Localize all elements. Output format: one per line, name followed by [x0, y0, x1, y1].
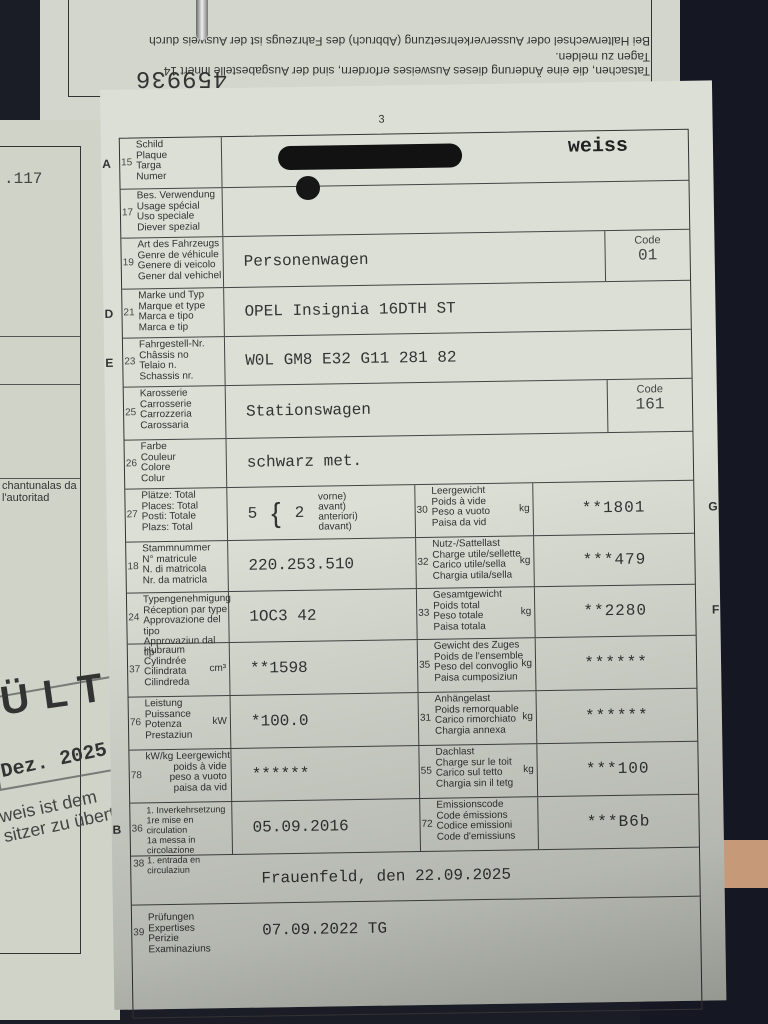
label-line: 1a messa in circolazione: [147, 834, 232, 855]
label-line: Plazs: Total: [142, 522, 227, 534]
payload-value: ***479: [534, 534, 695, 587]
label-empty-weight: 30 kg Leergewicht Poids à vide Peso a vu…: [415, 483, 534, 537]
unit-label: kg: [521, 659, 532, 670]
rules-text-2: Bei Halterwechsel oder Ausserverkehrsetz…: [130, 34, 650, 48]
field-number: 26: [126, 459, 137, 470]
field-number: 36: [132, 824, 143, 834]
vehicle-registration-card: 3 A 15 Schild Plaque Targa Numer weiss 1…: [100, 80, 726, 1009]
empty-weight-value: **1801: [533, 481, 694, 536]
punch-hole: [296, 176, 320, 200]
field-number: 35: [419, 661, 430, 672]
row-powerweight-roof: 78 kW/kg Leergewicht poids à vide peso a…: [129, 742, 698, 804]
label-line: Paisa da vid: [432, 517, 533, 529]
row-seats-weight: 27 Plätze: Total Places: Total Posti: To…: [125, 481, 694, 543]
code-label: Code: [608, 383, 692, 396]
label-line: Chargia annexa: [435, 725, 536, 737]
row-displacement-train: 37 cm³ Hubraum Cylindrée Cilindrata Cili…: [128, 636, 697, 698]
special-use-value: [223, 181, 690, 236]
label-line: Code d'emissiuns: [437, 831, 538, 843]
serial-number: 459936: [135, 64, 227, 91]
label-line: Prestaziun: [145, 730, 230, 742]
vehicle-type-value: Personenwagen: [223, 231, 605, 287]
left-divider: [0, 336, 80, 337]
label-plate: 15 Schild Plaque Targa Numer: [120, 137, 223, 189]
label-line: paisa da vid: [146, 783, 231, 795]
code-label: Code: [605, 234, 689, 247]
label-line: Gener dal vehichel: [138, 271, 223, 283]
label-line: 1re mise en circulation: [146, 814, 231, 835]
code-value: 01: [638, 246, 657, 264]
side-letter: G: [708, 499, 718, 513]
left-partial-value: .117: [4, 170, 42, 188]
seats-group: 5 { 2 vorne) avant) anteriori) davant): [247, 492, 358, 534]
row-body: 25 Karosserie Carrosserie Carrozzeria Ca…: [124, 379, 693, 441]
seats-total: 5: [248, 505, 258, 523]
label-payload: 32 kg Nutz-/Sattellast Charge utile/sell…: [416, 536, 535, 588]
registry-value: 220.253.510: [228, 538, 417, 591]
chassis-value: W0L GM8 E32 G11 281 82: [225, 330, 692, 385]
row-chassis: E 23 Fahrgestell-Nr. Châssis no Telaio n…: [123, 330, 692, 388]
body-value: Stationswagen: [226, 380, 608, 438]
field-number: 25: [125, 408, 136, 419]
section-number: 3: [378, 114, 384, 126]
label-line: 1. Inverkehrsetzung: [146, 804, 231, 815]
issue-place-date-value: Frauenfeld, den 22.09.2025: [131, 851, 511, 905]
unit-label: cm³: [209, 664, 226, 675]
label-registry: 18 Stammnummer N° matricule N. di matric…: [126, 541, 229, 593]
plate-value: weiss: [222, 130, 689, 187]
label-body: 25 Karosserie Carrosserie Carrozzeria Ca…: [124, 386, 227, 440]
field-number: 38: [133, 858, 144, 869]
label-line: Approvazione del tipo: [143, 615, 228, 637]
color-value: schwarz met.: [226, 432, 693, 487]
label-power-weight: 78 kW/kg Leergewicht poids à vide peso a…: [129, 749, 232, 803]
label-line: Chargia sin il tetg: [436, 778, 537, 790]
row-vehicle-type: 19 Art des Fahrzeugs Genre de véhicule G…: [121, 230, 690, 290]
left-divider: [0, 384, 80, 385]
unit-label: kg: [521, 607, 532, 618]
field-number: 72: [422, 820, 433, 831]
left-divider: [0, 478, 80, 479]
label-displacement: 37 cm³ Hubraum Cylindrée Cilindrata Cili…: [128, 643, 231, 697]
roof-load-value: ***100: [537, 742, 698, 797]
field-number: 27: [127, 510, 138, 521]
label-inspections: 39 Prüfungen Expertises Perizie Examinaz…: [132, 910, 235, 958]
label-line: Paisa cumposiziun: [434, 672, 535, 684]
label-line: Cilindreda: [144, 677, 229, 689]
side-letter: E: [105, 356, 113, 370]
label-special-use: 17 Bes. Verwendung Usage spécial Uso spe…: [121, 188, 224, 238]
label-line: Diever spezial: [137, 222, 222, 234]
label-first-registration: 36 1. Inverkehrsetzung 1re mise en circu…: [130, 802, 233, 856]
field-number: 37: [129, 665, 140, 676]
code-value: 161: [635, 395, 664, 413]
unit-label: kg: [520, 556, 531, 567]
row-color: 26 Farbe Couleur Colore Colur schwarz me…: [125, 432, 694, 490]
unit-label: kg: [522, 712, 533, 723]
label-line: davant): [318, 522, 358, 533]
field-number: 19: [123, 258, 134, 269]
field-number: 32: [417, 558, 428, 569]
label-chassis: 23 Fahrgestell-Nr. Châssis no Telaio n. …: [123, 337, 226, 387]
field-number: 18: [127, 562, 138, 573]
label-line: Nr. da matricla: [143, 575, 228, 587]
seats-value: 5 { 2 vorne) avant) anteriori) davant): [227, 485, 416, 540]
label-vehicle-type: 19 Art des Fahrzeugs Genre de véhicule G…: [121, 237, 224, 289]
label-line: Marca e tip: [139, 322, 224, 334]
left-partial-text: chantunalas da l'autoritad: [2, 480, 80, 504]
displacement-value: **1598: [230, 640, 419, 695]
inspections-value: 07.09.2022 TG: [234, 915, 700, 940]
registration-grid: A 15 Schild Plaque Targa Numer weiss 17 …: [119, 129, 703, 1019]
label-line: Colur: [141, 473, 226, 485]
emission-code-value: ***B6b: [538, 795, 699, 850]
field-number: 23: [124, 357, 135, 368]
label-line: Examinaziuns: [148, 943, 234, 955]
make-model-value: OPEL Insignia 16DTH ST: [224, 281, 691, 336]
power-weight-value: ******: [231, 746, 420, 801]
unit-label: kg: [519, 504, 530, 515]
row-power-trailer: 76 kW Leistung Puissance Potenza Prestaz…: [129, 689, 698, 751]
row-registration-emission: B 36 1. Inverkehrsetzung 1re mise en cir…: [130, 795, 699, 857]
label-roof-load: 55 kg Dachlast Charge sur le toit Carico…: [419, 744, 538, 798]
unit-label: kg: [523, 765, 534, 776]
field-number: 15: [121, 158, 132, 169]
row-issue-place-date: 38 Frauenfeld, den 22.09.2025: [131, 848, 700, 906]
side-letter: F: [712, 602, 720, 616]
field-number: 30: [417, 506, 428, 517]
row-registry-payload: 18 Stammnummer N° matricule N. di matric…: [126, 534, 695, 594]
label-make-model: 21 Marke und Typ Marque et type Marca e …: [122, 288, 225, 338]
label-line: Numer: [136, 171, 221, 183]
vehicle-type-code: Code 01: [604, 230, 690, 281]
row-plate: A 15 Schild Plaque Targa Numer weiss: [120, 130, 689, 190]
front-label: vorne) avant) anteriori) davant): [318, 492, 358, 533]
seats-front: 2: [294, 504, 304, 522]
side-letter: A: [102, 157, 111, 171]
label-line: Carossaria: [140, 420, 225, 432]
field-number: 33: [418, 609, 429, 620]
type-approval-value: 1OC3 42: [229, 589, 418, 642]
label-emission-code: 72 Emissionscode Code émissions Codice e…: [420, 797, 539, 851]
trailer-load-value: ******: [536, 689, 697, 744]
label-line: Paisa totala: [433, 621, 534, 633]
label-type-approval: 24 Typengenehmigung Réception par type A…: [127, 592, 230, 644]
side-letter: B: [113, 823, 122, 837]
row-approval-total: 24 Typengenehmigung Réception par type A…: [127, 585, 696, 645]
label-line: Chargia utila/sella: [433, 570, 534, 582]
body-code: Code 161: [607, 379, 693, 432]
field-number: 24: [128, 613, 139, 624]
total-weight-value: **2280: [535, 585, 696, 638]
side-letter: D: [104, 307, 113, 321]
first-registration-value: 05.09.2016: [232, 799, 421, 854]
label-power: 76 kW Leistung Puissance Potenza Prestaz…: [129, 696, 232, 750]
plate-color: weiss: [568, 135, 628, 159]
metal-ring-icon: [196, 0, 208, 40]
field-number: 21: [123, 308, 134, 319]
label-color: 26 Farbe Couleur Colore Colur: [125, 439, 228, 489]
label-seats: 27 Plätze: Total Places: Total Posti: To…: [125, 488, 228, 542]
label-trailer-load: 31 kg Anhängelast Poids remorquable Cari…: [419, 691, 538, 745]
field-number: 55: [421, 767, 432, 778]
unit-label: kW: [212, 717, 227, 728]
label-train-weight: 35 kg Gewicht des Zuges Poids de l'ensem…: [418, 638, 537, 692]
field-number: 39: [133, 928, 144, 939]
brace-icon: {: [271, 497, 281, 529]
label-total-weight: 33 kg Gesamtgewicht Poids total Peso tot…: [417, 587, 536, 639]
row-special-use: 17 Bes. Verwendung Usage spécial Uso spe…: [121, 181, 690, 239]
field-number: 78: [131, 771, 142, 782]
row-make-model: D 21 Marke und Typ Marque et type Marca …: [122, 281, 691, 339]
train-weight-value: ******: [536, 636, 697, 691]
power-value: *100.0: [231, 693, 420, 748]
label-line: Schassis nr.: [139, 371, 224, 383]
field-number: 31: [420, 714, 431, 725]
redaction-bar: [278, 143, 462, 170]
field-number: 76: [130, 718, 141, 729]
row-inspections: 39 Prüfungen Expertises Perizie Examinaz…: [132, 897, 702, 1018]
field-number: 17: [122, 208, 133, 219]
